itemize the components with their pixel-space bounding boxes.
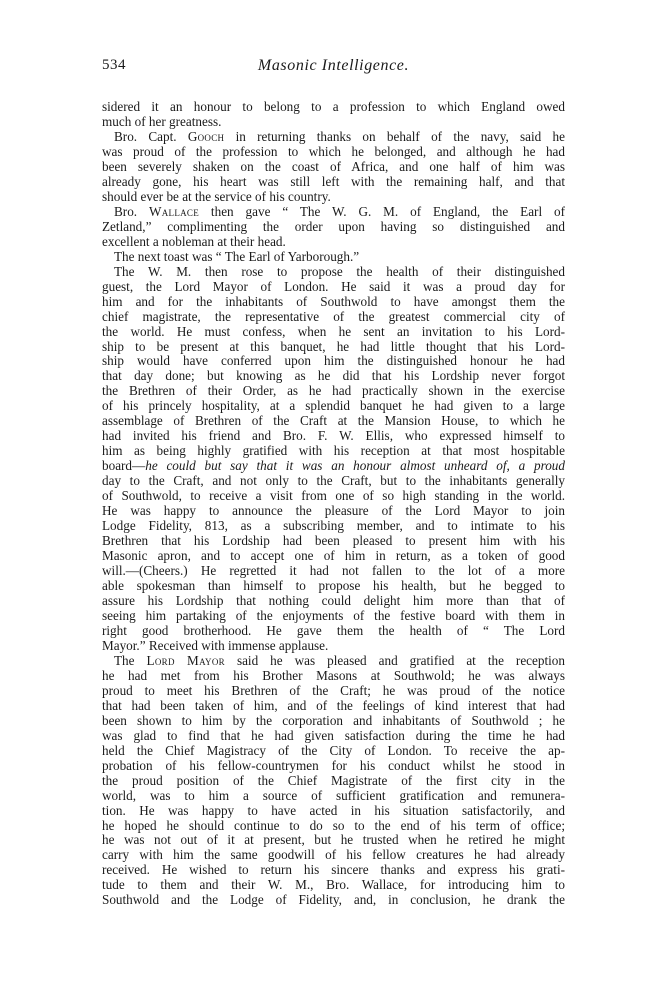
text-line: proud to meet his Brethren of the Craft;… [102, 684, 565, 699]
text-line: assure his Lordship that nothing could d… [102, 594, 565, 609]
text-line: day to the Craft, and not only to the Cr… [102, 474, 565, 489]
text-line: guest, the Lord Mayor of London. He said… [102, 280, 565, 295]
text-line: Zetland,” complimenting the order upon h… [102, 220, 565, 235]
text-line: assemblage of Brethren of the Craft at t… [102, 414, 565, 429]
text-line: board—he could but say that it was an ho… [102, 459, 565, 474]
text-line: received. He wished to return his sincer… [102, 863, 565, 878]
text-line: Mayor.” Received with immense applause. [102, 639, 565, 654]
text-line: excellent a nobleman at their head. [102, 235, 565, 250]
text-line: Lodge Fidelity, 813, as a subscribing me… [102, 519, 565, 534]
text-line: Southwold and the Lodge of Fidelity, and… [102, 893, 565, 908]
text-line: chief magistrate, the representative of … [102, 310, 565, 325]
text-line: ship to be present at this banquet, he h… [102, 340, 565, 355]
text-line: the proud position of the Chief Magistra… [102, 774, 565, 789]
text-line: able spokesman than himself to propose h… [102, 579, 565, 594]
paragraph: Bro. Capt. Gooch in returning thanks on … [102, 130, 565, 205]
text-line: should ever be at the service of his cou… [102, 190, 565, 205]
text-line: The Lord Mayor said he was pleased and g… [102, 654, 565, 669]
text-line: Brethren that his Lordship had been plea… [102, 534, 565, 549]
article-body: sidered it an honour to belong to a prof… [102, 100, 565, 908]
italic-phrase: he could but say that it was an honour a… [145, 458, 565, 473]
text-line: Bro. Capt. Gooch in returning thanks on … [102, 130, 565, 145]
text-line: carry with him the same goodwill of his … [102, 848, 565, 863]
text-line: held the Chief Magistracy of the City of… [102, 744, 565, 759]
running-title: Masonic Intelligence. [102, 57, 565, 75]
paragraph: Bro. Wallace then gave “ The W. G. M. of… [102, 205, 565, 250]
text-line: him and for the inhabitants of Southwold… [102, 295, 565, 310]
text-line: that had been taken of him, and of the f… [102, 699, 565, 714]
text-line: The next toast was “ The Earl of Yarboro… [102, 250, 565, 265]
text-line: tion. He was happy to have acted in his … [102, 804, 565, 819]
paragraph: The W. M. then rose to propose the healt… [102, 265, 565, 654]
text-line: that day done; but knowing as he did tha… [102, 369, 565, 384]
text-line: been severely shaken on the coast of Afr… [102, 160, 565, 175]
paragraph: The Lord Mayor said he was pleased and g… [102, 654, 565, 908]
text-line: been shown to him by the corporation and… [102, 714, 565, 729]
text-line: much of her greatness. [102, 115, 565, 130]
text-line: the Brethren of their Order, as he had p… [102, 384, 565, 399]
text-line: ship would have conferred upon him the d… [102, 354, 565, 369]
small-caps-name: Lord Mayor [147, 653, 225, 668]
text-line: of Southwold, to receive a visit from on… [102, 489, 565, 504]
text-line: He was happy to announce the pleasure of… [102, 504, 565, 519]
text-line: was proud of the profession to which he … [102, 145, 565, 160]
paragraph: sidered it an honour to belong to a prof… [102, 100, 565, 130]
book-page: 534 Masonic Intelligence. sidered it an … [0, 0, 669, 1001]
running-head: 534 Masonic Intelligence. [102, 57, 565, 77]
text-line: tude to them and their W. M., Bro. Walla… [102, 878, 565, 893]
text-line: already gone, his heart was still left w… [102, 175, 565, 190]
text-line: seeing him partaking of the enjoyments o… [102, 609, 565, 624]
text-line: of his princely hospitality, at a splend… [102, 399, 565, 414]
text-line: right good brotherhood. He gave them the… [102, 624, 565, 639]
text-line: Masonic apron, and to accept one of him … [102, 549, 565, 564]
paragraph: The next toast was “ The Earl of Yarboro… [102, 250, 565, 265]
text-line: Bro. Wallace then gave “ The W. G. M. of… [102, 205, 565, 220]
text-line: the world. He must confess, when he sent… [102, 325, 565, 340]
small-caps-name: Wallace [149, 204, 199, 219]
text-line: him as being highly gratified with his r… [102, 444, 565, 459]
text-line: probation of his fellow-countrymen for h… [102, 759, 565, 774]
small-caps-name: Gooch [188, 129, 225, 144]
text-line: sidered it an honour to belong to a prof… [102, 100, 565, 115]
text-line: he hoped he should continue to do so to … [102, 819, 565, 834]
text-line: The W. M. then rose to propose the healt… [102, 265, 565, 280]
text-line: had invited his friend and Bro. F. W. El… [102, 429, 565, 444]
text-line: he had met from his Brother Masons at So… [102, 669, 565, 684]
text-line: was glad to find that he had given satis… [102, 729, 565, 744]
text-line: he was not out of it at present, but he … [102, 833, 565, 848]
text-line: world, was to him a source of sufficient… [102, 789, 565, 804]
text-line: will.—(Cheers.) He regretted it had not … [102, 564, 565, 579]
